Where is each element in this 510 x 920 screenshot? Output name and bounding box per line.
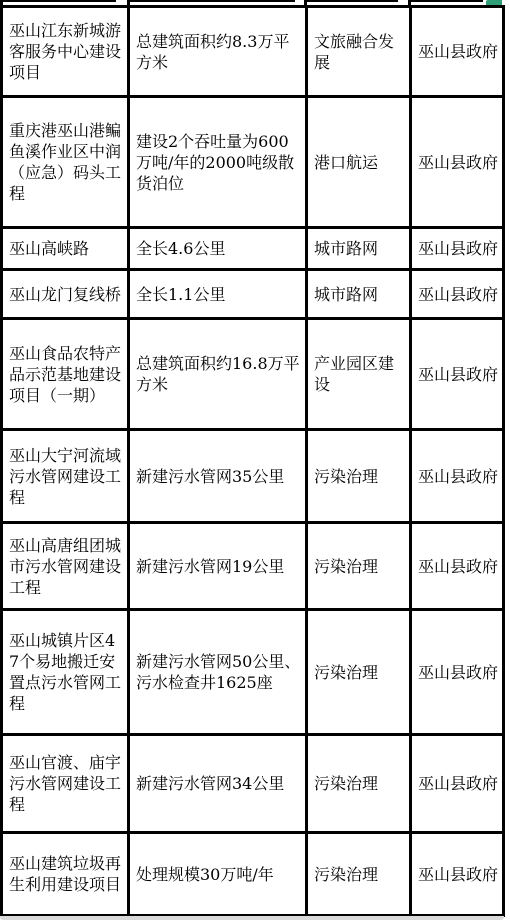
table-row: 巫山大宁河流域污水管网建设工程 新建污水管网35公里 污染治理 巫山县政府: [2, 430, 504, 523]
project-name-cell: 巫山建筑垃圾再生利用建设项目: [2, 833, 129, 916]
owner-cell: 巫山县政府: [411, 833, 504, 916]
owner-cell: 巫山县政府: [411, 97, 504, 228]
document-page: 巫山江东新城游客服务中心建设项目 总建筑面积约8.3万平方米 文旅融合发展 巫山…: [0, 0, 510, 920]
table-row: 巫山食品农特产品示范基地建设项目（一期） 总建筑面积约16.8万平方米 产业园区…: [2, 319, 504, 430]
owner-cell: 巫山县政府: [411, 735, 504, 833]
table-row: 巫山高峡路 全长4.6公里 城市路网 巫山县政府: [2, 228, 504, 270]
table-row: 巫山官渡、庙宇污水管网建设工程 新建污水管网34公里 污染治理 巫山县政府: [2, 735, 504, 833]
project-name-cell: 巫山龙门复线桥: [2, 270, 129, 319]
owner-cell: 巫山县政府: [411, 610, 504, 735]
category-cell: 港口航运: [307, 97, 411, 228]
category-cell: 城市路网: [307, 228, 411, 270]
owner-cell: 巫山县政府: [411, 228, 504, 270]
gridline-segment: [127, 0, 295, 2]
category-cell: 城市路网: [307, 270, 411, 319]
project-name-cell: 重庆港巫山港鳊鱼溪作业区中润（应急）码头工程: [2, 97, 129, 228]
table-row: 巫山城镇片区47个易地搬迁安置点污水管网工程 新建污水管网50公里、污水检查井1…: [2, 610, 504, 735]
project-table-body: 巫山江东新城游客服务中心建设项目 总建筑面积约8.3万平方米 文旅融合发展 巫山…: [2, 7, 504, 916]
construction-scale-cell: 建设2个吞吐量为600万吨/年的2000吨级散货泊位: [129, 97, 307, 228]
table-row: 重庆港巫山港鳊鱼溪作业区中润（应急）码头工程 建设2个吞吐量为600万吨/年的2…: [2, 97, 504, 228]
project-name-cell: 巫山江东新城游客服务中心建设项目: [2, 7, 129, 97]
category-cell: 污染治理: [307, 735, 411, 833]
construction-scale-cell: 总建筑面积约8.3万平方米: [129, 7, 307, 97]
project-name-cell: 巫山大宁河流域污水管网建设工程: [2, 430, 129, 523]
construction-scale-cell: 新建污水管网19公里: [129, 523, 307, 610]
construction-scale-cell: 新建污水管网35公里: [129, 430, 307, 523]
category-cell: 污染治理: [307, 610, 411, 735]
category-cell: 产业园区建设: [307, 319, 411, 430]
owner-cell: 巫山县政府: [411, 270, 504, 319]
owner-cell: 巫山县政府: [411, 319, 504, 430]
project-name-cell: 巫山高唐组团城市污水管网建设工程: [2, 523, 129, 610]
category-cell: 污染治理: [307, 523, 411, 610]
bottom-shadow: [0, 916, 504, 920]
project-name-cell: 巫山官渡、庙宇污水管网建设工程: [2, 735, 129, 833]
owner-cell: 巫山县政府: [411, 523, 504, 610]
construction-scale-cell: 总建筑面积约16.8万平方米: [129, 319, 307, 430]
category-cell: 污染治理: [307, 430, 411, 523]
table-row: 巫山建筑垃圾再生利用建设项目 处理规模30万吨/年 污染治理 巫山县政府: [2, 833, 504, 916]
table-row: 巫山高唐组团城市污水管网建设工程 新建污水管网19公里 污染治理 巫山县政府: [2, 523, 504, 610]
owner-cell: 巫山县政府: [411, 7, 504, 97]
project-table: 巫山江东新城游客服务中心建设项目 总建筑面积约8.3万平方米 文旅融合发展 巫山…: [0, 5, 505, 917]
project-name-cell: 巫山高峡路: [2, 228, 129, 270]
construction-scale-cell: 处理规模30万吨/年: [129, 833, 307, 916]
project-name-cell: 巫山城镇片区47个易地搬迁安置点污水管网工程: [2, 610, 129, 735]
gridline-segment: [409, 0, 483, 2]
owner-cell: 巫山县政府: [411, 430, 504, 523]
construction-scale-cell: 全长1.1公里: [129, 270, 307, 319]
construction-scale-cell: 新建污水管网50公里、污水检查井1625座: [129, 610, 307, 735]
construction-scale-cell: 新建污水管网34公里: [129, 735, 307, 833]
table-row: 巫山龙门复线桥 全长1.1公里 城市路网 巫山县政府: [2, 270, 504, 319]
gridline-segment: [0, 0, 116, 2]
category-cell: 文旅融合发展: [307, 7, 411, 97]
construction-scale-cell: 全长4.6公里: [129, 228, 307, 270]
table-row: 巫山江东新城游客服务中心建设项目 总建筑面积约8.3万平方米 文旅融合发展 巫山…: [2, 7, 504, 97]
category-cell: 污染治理: [307, 833, 411, 916]
gridline-segment: [305, 0, 398, 2]
project-name-cell: 巫山食品农特产品示范基地建设项目（一期）: [2, 319, 129, 430]
